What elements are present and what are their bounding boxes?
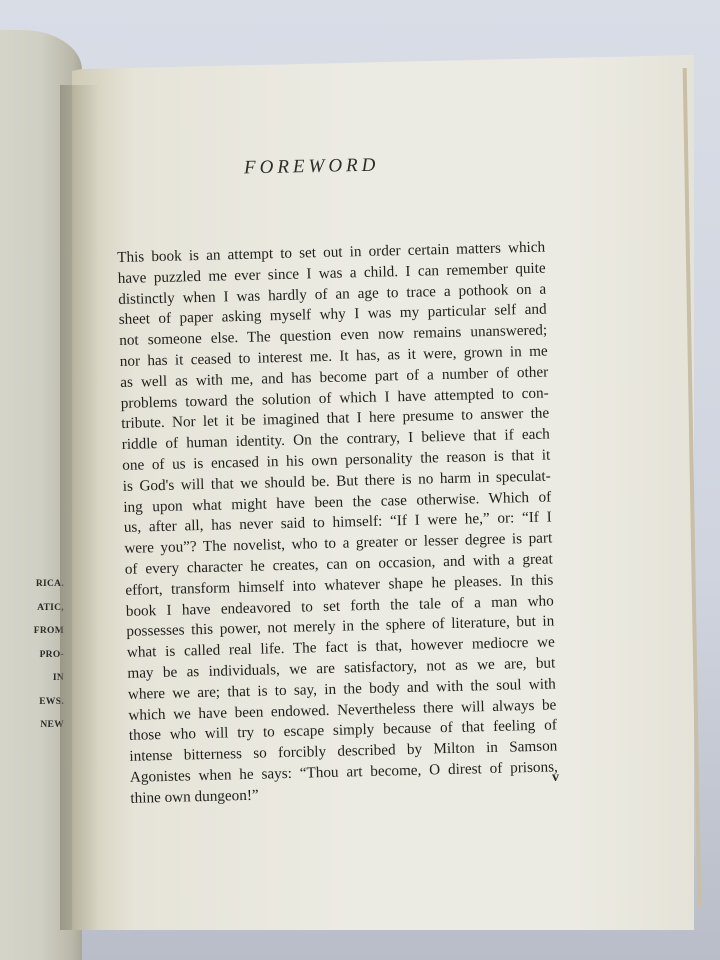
book-gutter-shadow: [60, 85, 100, 930]
left-fragment: EWS.: [0, 691, 64, 715]
page-number: v: [552, 770, 559, 786]
left-fragment: NEW: [0, 714, 64, 738]
page-title: FOREWORD: [244, 155, 380, 180]
left-fragment: ATIC,: [0, 597, 64, 621]
left-fragment: PRO-: [0, 644, 64, 668]
left-fragment: IN: [0, 667, 64, 691]
left-fragment: FROM: [0, 620, 64, 644]
left-page-text-fragments: RICA. ATIC, FROM PRO- IN EWS. NEW: [0, 573, 64, 738]
left-fragment: RICA.: [0, 573, 64, 597]
foreword-body: This book is an attempt to set out in or…: [117, 238, 559, 810]
